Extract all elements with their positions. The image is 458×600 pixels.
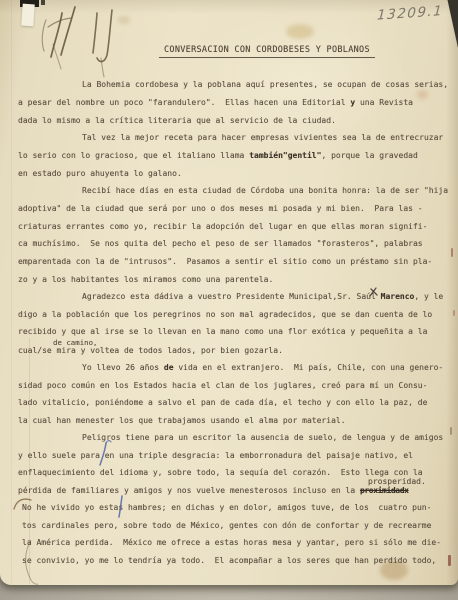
handwritten-marks [0, 0, 458, 600]
scanned-typescript-page: CONVERSACION CON CORDOBESES Y POBLANOSLa… [0, 0, 458, 600]
crease-line [26, 540, 38, 584]
insertion-curve-icon [14, 499, 31, 509]
correction-caret-icon [370, 288, 377, 296]
pen-scribbles-icon [42, 7, 112, 77]
blue-ink-strokes-icon [100, 441, 122, 517]
